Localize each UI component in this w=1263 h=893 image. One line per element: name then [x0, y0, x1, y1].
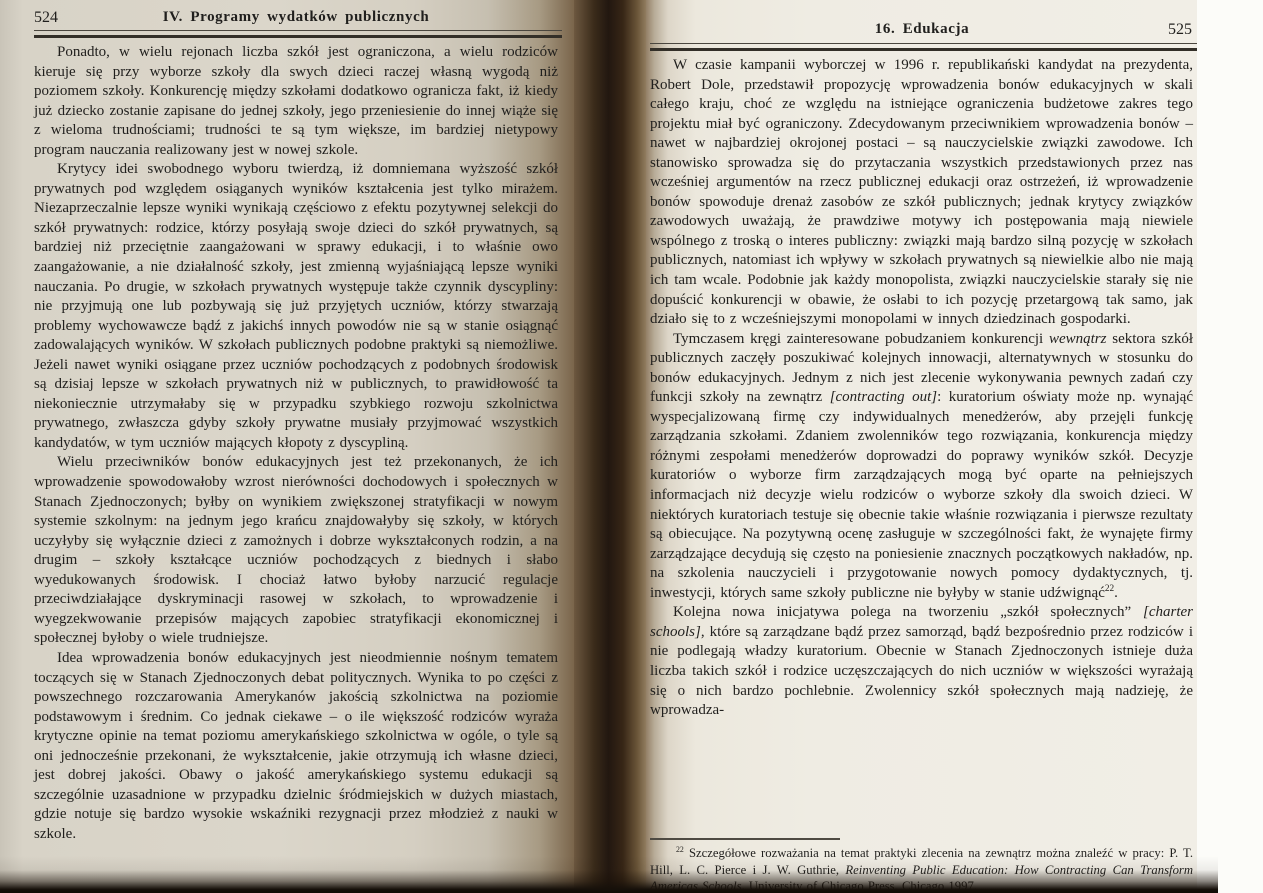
paragraph: Tymczasem kręgi zainteresowane pobudzani… [650, 330, 1193, 604]
left-running-head: IV. Programy wydatków publicznych [34, 9, 558, 26]
footnote: 22 Szczegółowe rozważania na temat prakt… [650, 845, 1193, 893]
right-header-rule [650, 43, 1197, 51]
paragraph: W czasie kampanii wyborczej w 1996 r. re… [650, 56, 1193, 330]
paragraph: Krytycy idei swobodnego wyboru twierdzą,… [34, 160, 558, 453]
right-page-header: 16. Edukacja 525 [652, 21, 1192, 38]
paragraph: Wielu przeciwników bonów edukacyjnych je… [34, 453, 558, 648]
paragraph: Ponadto, w wielu rejonach liczba szkół j… [34, 43, 558, 160]
paragraph: Kolejna nowa inicjatywa polega na tworze… [650, 603, 1193, 720]
left-page-header: 524 IV. Programy wydatków publicznych [34, 9, 558, 26]
paragraph: Idea wprowadzenia bonów edukacyjnych jes… [34, 649, 558, 844]
footnote-text: 22 Szczegółowe rozważania na temat prakt… [650, 845, 1193, 893]
right-page-number: 525 [1168, 21, 1192, 39]
footnote-separator-rule [650, 838, 840, 840]
right-running-head: 16. Edukacja [652, 21, 1192, 38]
left-page-body: Ponadto, w wielu rejonach liczba szkół j… [34, 43, 558, 844]
left-header-rule [34, 30, 562, 38]
left-page-number: 524 [34, 9, 58, 27]
right-page-body: W czasie kampanii wyborczej w 1996 r. re… [650, 56, 1193, 721]
left-page: 524 IV. Programy wydatków publicznych Po… [0, 0, 574, 893]
book-gutter-shadow [574, 0, 646, 893]
